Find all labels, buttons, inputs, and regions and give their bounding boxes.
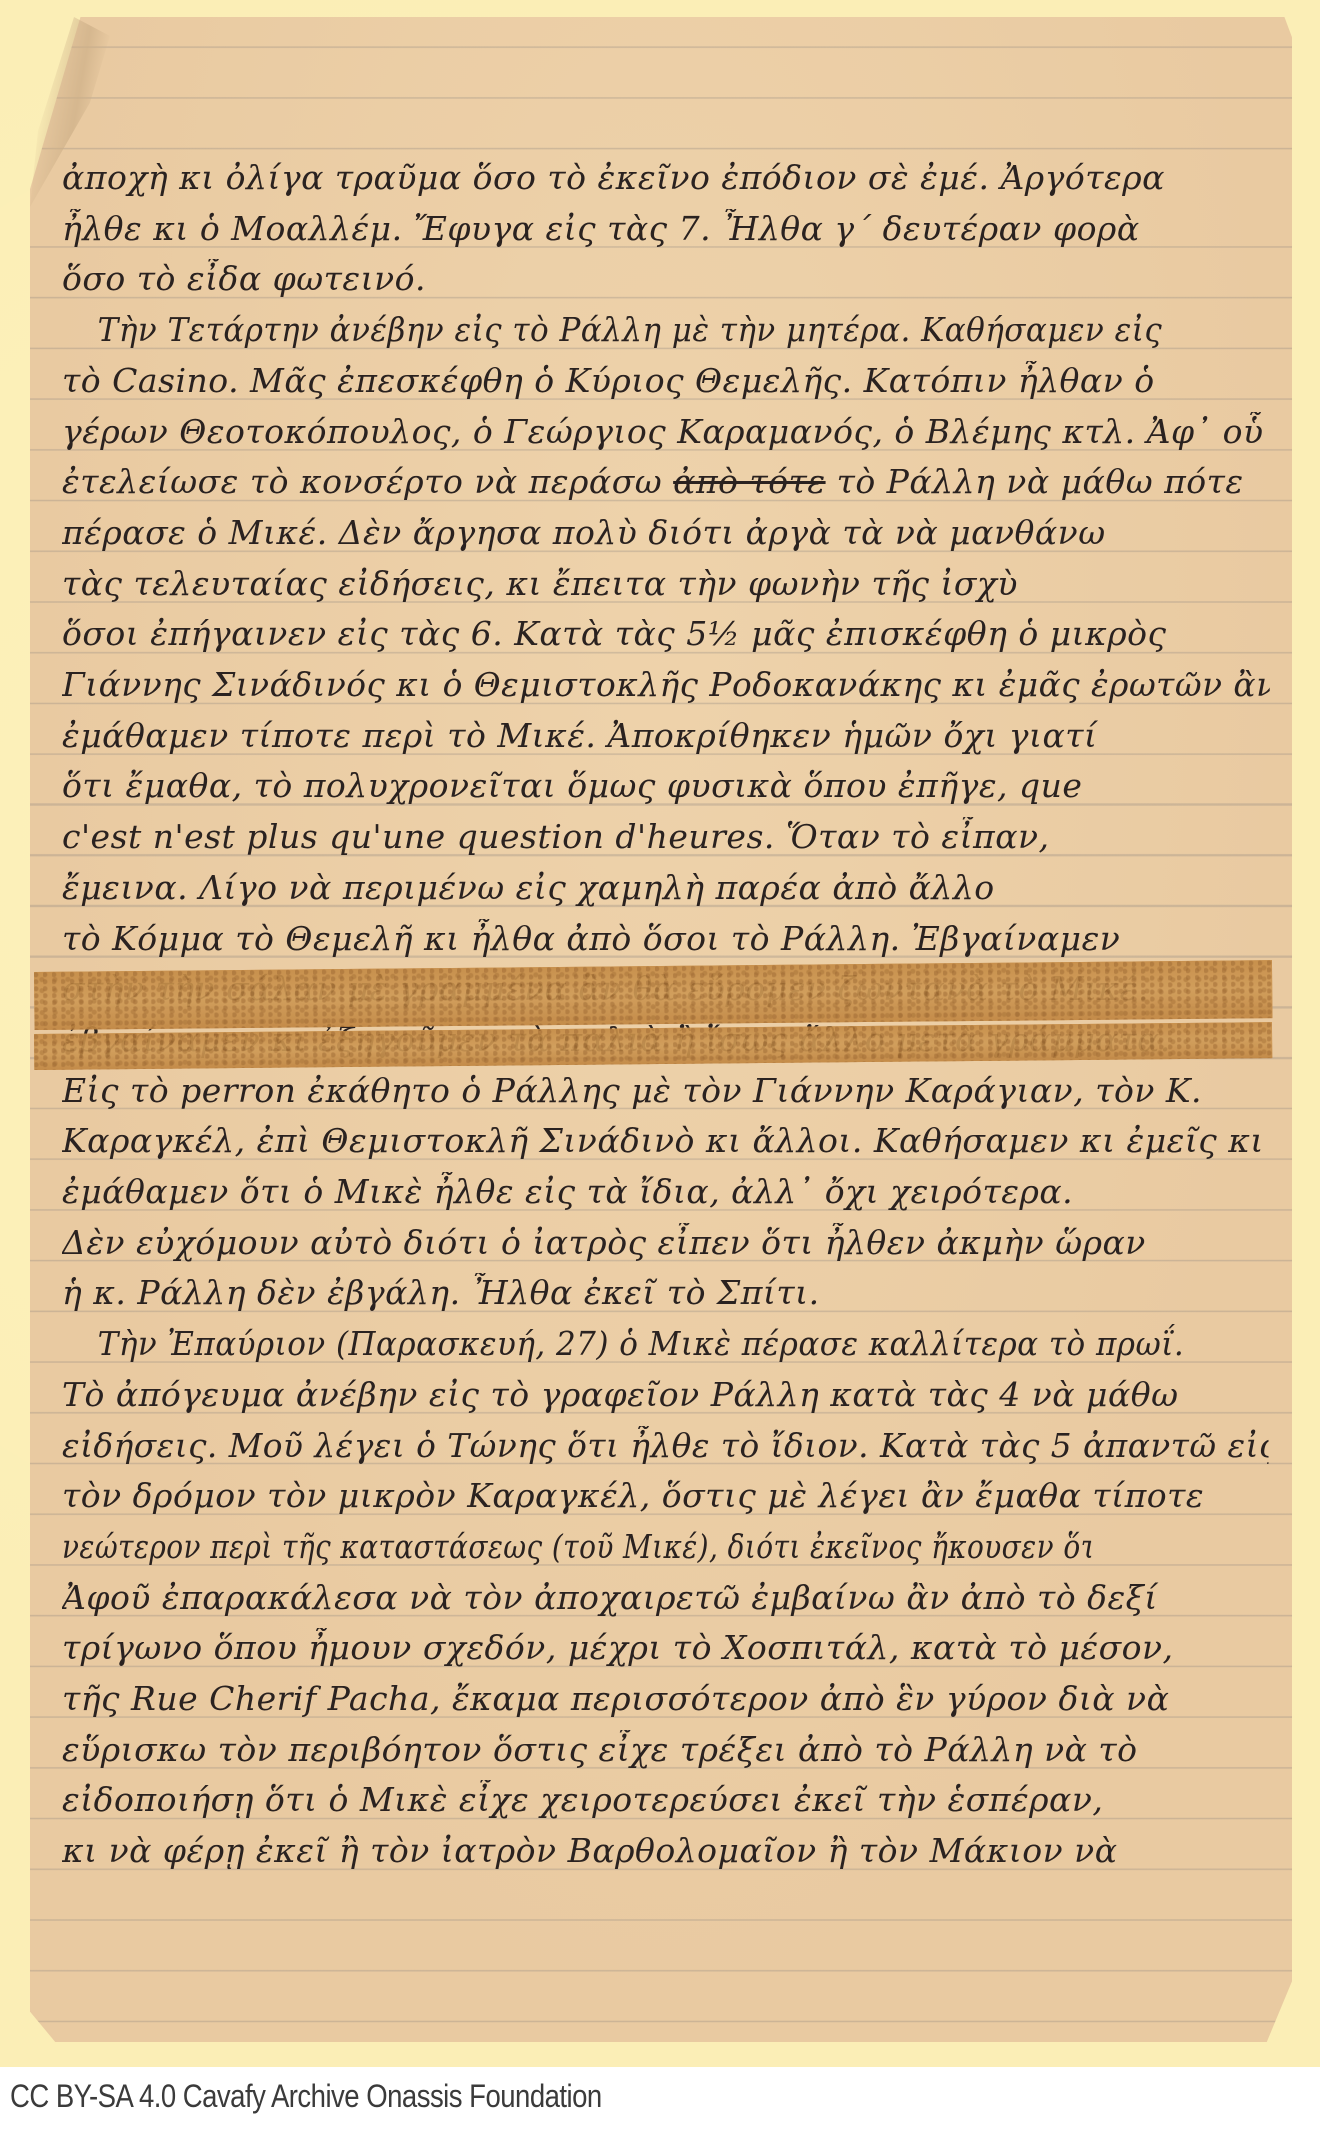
- struck-through-text: ἀπὸ τότε: [673, 462, 825, 501]
- manuscript-line: Εἰς τὸ perron ἐκάθητο ὁ Ράλλης μὲ τὸν Γι…: [62, 1071, 1277, 1111]
- manuscript-line: γέρων Θεοτοκόπουλος, ὁ Γεώργιος Καραμανό…: [62, 412, 1277, 452]
- manuscript-line: ὅτι ἔμαθα, τὸ πολυχρονεῖται ὅμως φυσικὰ …: [62, 766, 1277, 806]
- manuscript-line: Τὴν Ἐπαύριον (Παρασκευή, 27) ὁ Μικὲ πέρα…: [62, 1324, 1239, 1364]
- manuscript-line: ὅσο τὸ εἶδα φωτεινό.: [62, 259, 1277, 299]
- manuscript-line: εὕρισκω τὸν περιβόητον ὅστις εἶχε τρέξει…: [62, 1730, 1277, 1770]
- manuscript-line: εἰδήσεις. Μοῦ λέγει ὁ Τώνης ὅτι ἦλθε τὸ …: [62, 1426, 1268, 1466]
- manuscript-line: Ἀφοῦ ἐπαρακάλεσα νὰ τὸν ἀποχαιρετῶ ἐμβαί…: [62, 1578, 1277, 1618]
- manuscript-line: εἰδοποιήσῃ ὅτι ὁ Μικὲ εἶχε χειροτερεύσει…: [62, 1780, 1277, 1820]
- manuscript-line: τὰς τελευταίας εἰδήσεις, κι ἔπειτα τὴν φ…: [62, 564, 1277, 604]
- manuscript-line: τὸν δρόμον τὸν μικρὸν Καραγκέλ, ὅστις μὲ…: [62, 1476, 1277, 1516]
- adhesive-tape-strip-upper: [34, 960, 1272, 1030]
- manuscript-line: κι νὰ φέρῃ ἐκεῖ ἢ τὸν ἰατρὸν Βαρθολομαῖο…: [62, 1831, 1277, 1871]
- license-caption: CC BY-SA 4.0 Cavafy Archive Onassis Foun…: [10, 2078, 602, 2115]
- manuscript-line: ἐμάθαμεν τίποτε περὶ τὸ Μικέ. Ἀποκρίθηκε…: [62, 716, 1277, 756]
- manuscript-line: ἐμάθαμεν ὅτι ὁ Μικὲ ἦλθε εἰς τὰ ἴδια, ἀλ…: [62, 1172, 1277, 1212]
- manuscript-line: τρίγωνο ὅπου ἦμουν σχεδόν, μέχρι τὸ Χοσπ…: [62, 1628, 1277, 1668]
- manuscript-line: νεώτερον περὶ τῆς καταστάσεως (τοῦ Μικέ)…: [62, 1527, 1091, 1567]
- manuscript-line: ἀποχὴ κι ὀλίγα τραῦμα ὅσο τὸ ἐκεῖνο ἐπόδ…: [62, 158, 1277, 198]
- manuscript-line: ἔμεινα. Λίγο νὰ περιμένω εἰς χαμηλὴ παρέ…: [62, 868, 1277, 908]
- manuscript-line: Τὴν Τετάρτην ἀνέβην εἰς τὸ Ράλλη μὲ τὴν …: [62, 310, 1239, 350]
- manuscript-line: τῆς Rue Cherif Pacha, ἔκαμα περισσότερον…: [62, 1679, 1277, 1719]
- manuscript-line: ἡ κ. Ράλλη δὲν ἐβγάλη. Ἦλθα ἐκεῖ τὸ Σπίτ…: [62, 1273, 1277, 1313]
- manuscript-line: ἐτελείωσε τὸ κονσέρτο νὰ περάσω ἀπὸ τότε…: [62, 462, 1277, 502]
- manuscript-line: Καραγκέλ, ἐπὶ Θεμιστοκλῆ Σινάδινὸ κι ἄλλ…: [62, 1121, 1277, 1161]
- manuscript-line: c'est n'est plus qu'une question d'heure…: [62, 817, 1277, 857]
- manuscript-line: ἦλθε κι ὁ Μοαλλέμ. Ἔφυγα εἰς τὰς 7. Ἦλθα…: [62, 209, 1277, 249]
- manuscript-line: Δὲν εὐχόμουν αὐτὸ διότι ὁ ἰατρὸς εἶπεν ὅ…: [62, 1223, 1277, 1263]
- manuscript-line: Τὸ ἀπόγευμα ἀνέβην εἰς τὸ γραφεῖον Ράλλη…: [62, 1375, 1277, 1415]
- manuscript-line: Γιάννης Σινάδινός κι ὁ Θεμιστοκλῆς Ροδοκ…: [62, 665, 1270, 705]
- manuscript-line: πέρασε ὁ Μικέ. Δὲν ἄργησα πολὺ διότι ἀργ…: [62, 513, 1277, 553]
- manuscript-line: τὸ Κόμμα τὸ Θεμελῆ κι ἦλθα ἀπὸ ὅσοι τὸ Ρ…: [62, 919, 1277, 959]
- manuscript-line: ὅσοι ἐπήγαινεν εἰς τὰς 6. Κατὰ τὰς 5½ μᾶ…: [62, 614, 1277, 654]
- manuscript-line: τὸ Casino. Μᾶς ἐπεσκέφθη ὁ Κύριος Θεμελῆ…: [62, 361, 1277, 401]
